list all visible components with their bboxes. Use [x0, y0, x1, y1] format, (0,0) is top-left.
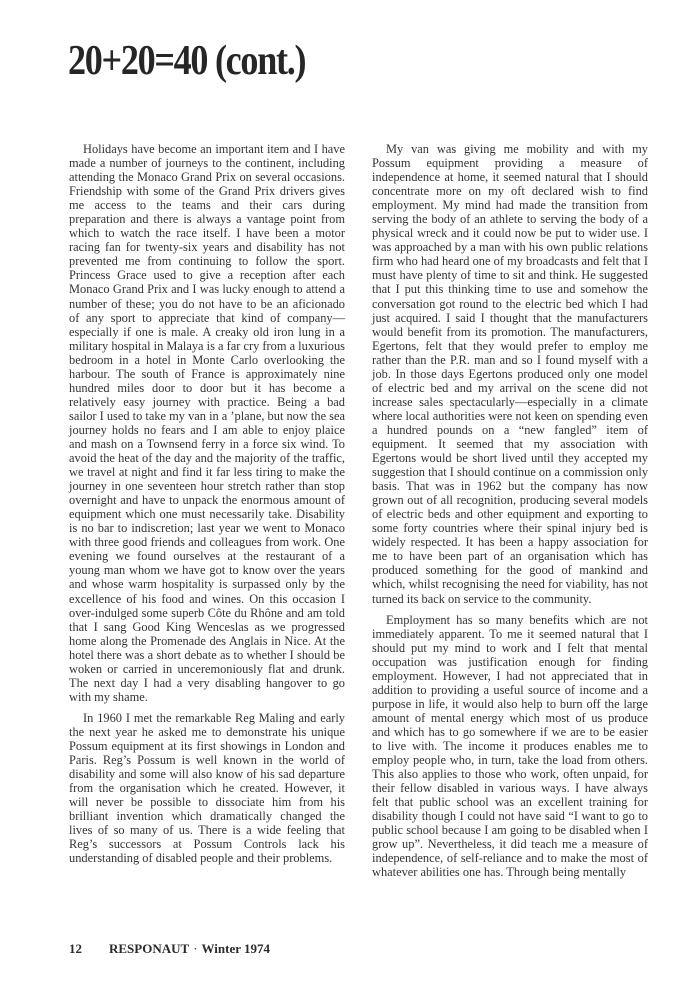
separator: ·: [189, 941, 201, 956]
page-number: 12: [69, 941, 109, 957]
publication-name: RESPONAUT: [109, 941, 189, 956]
paragraph: Employment has so many benefits which ar…: [372, 613, 648, 880]
right-column: My van was giving me mobility and with m…: [372, 142, 648, 886]
paragraph: In 1960 I met the remarkable Reg Maling …: [69, 711, 345, 866]
article-title: 20+20=40 (cont.): [68, 40, 305, 82]
left-column: Holidays have become an important item a…: [69, 142, 345, 872]
page-footer: 12RESPONAUT·Winter 1974: [69, 941, 270, 957]
issue-date: Winter 1974: [202, 941, 271, 956]
paragraph: My van was giving me mobility and with m…: [372, 142, 648, 606]
paragraph: Holidays have become an important item a…: [69, 142, 345, 704]
